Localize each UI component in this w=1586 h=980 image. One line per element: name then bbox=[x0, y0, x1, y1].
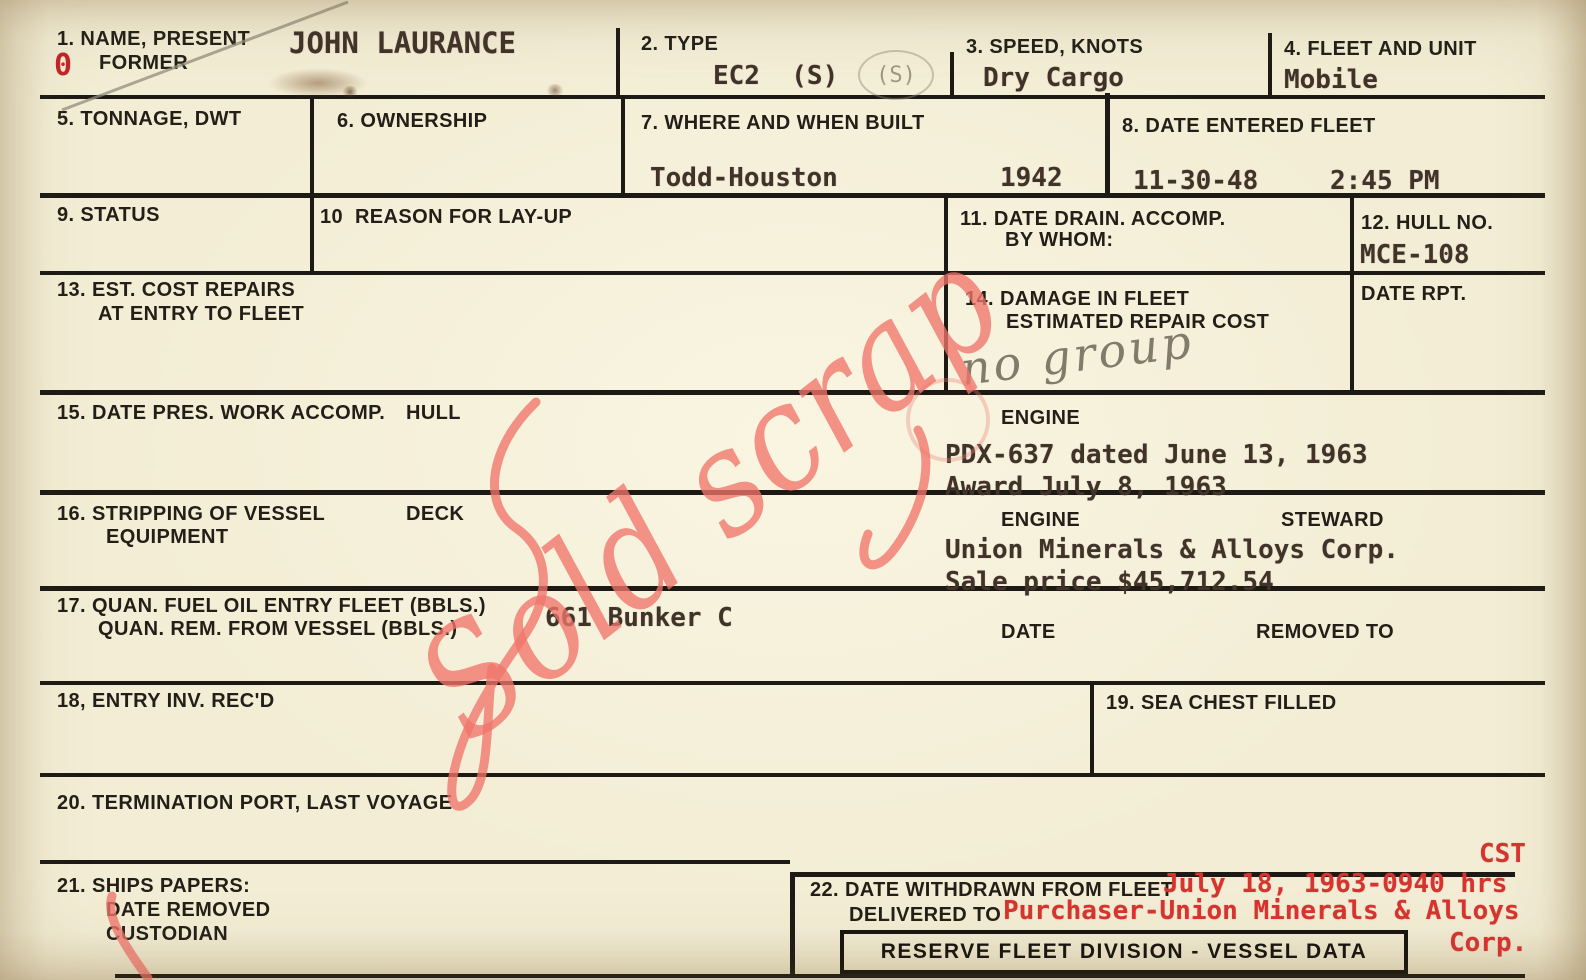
field-17-value: 661 Bunker C bbox=[545, 603, 733, 633]
grid-vline-f10-f11 bbox=[944, 193, 948, 390]
field-1-label: 1. NAME, PRESENT bbox=[57, 28, 250, 51]
field-19-label: 19. SEA CHEST FILLED bbox=[1106, 692, 1337, 715]
field-20-label: 20. TERMINATION PORT, LAST VOYAGE bbox=[57, 792, 452, 815]
field-4-label: 4. FLEET AND UNIT bbox=[1284, 38, 1477, 61]
date-rpt-label: DATE RPT. bbox=[1361, 283, 1466, 306]
field-8-label: 8. DATE ENTERED FLEET bbox=[1122, 115, 1376, 138]
field-17-label2: QUAN. REM. FROM VESSEL (BBLS.) bbox=[98, 618, 457, 641]
reserve-fleet-division-banner: RESERVE FLEET DIVISION - VESSEL DATA bbox=[840, 930, 1408, 974]
grid-vline-f7-f8 bbox=[1105, 93, 1110, 193]
grid-hline-row3 bbox=[40, 271, 1545, 275]
field-21-label3: CUSTODIAN bbox=[106, 923, 228, 946]
grid-hline-bottom bbox=[115, 974, 1525, 978]
field-22-label2: DELIVERED TO bbox=[849, 904, 1001, 927]
grid-vline-f3-f4 bbox=[1268, 33, 1272, 95]
grid-hline-row2 bbox=[40, 193, 1545, 198]
grid-vline-f11-f12 bbox=[1350, 193, 1354, 390]
grid-vline-f21-f22 bbox=[790, 872, 795, 978]
field-17-label: 17. QUAN. FUEL OIL ENTRY FLEET (BBLS.) bbox=[57, 595, 486, 618]
field-4-value: Mobile bbox=[1284, 65, 1378, 95]
field-1-value: JOHN LAURANCE bbox=[289, 26, 516, 60]
field-21-label: 21. SHIPS PAPERS: bbox=[57, 875, 250, 898]
field-16-label: 16. STRIPPING OF VESSEL bbox=[57, 503, 325, 526]
grid-hline-row4 bbox=[40, 390, 1545, 395]
grid-hline-row1 bbox=[40, 95, 1545, 99]
field-10-label: 10 REASON FOR LAY-UP bbox=[320, 206, 572, 229]
field-3-label: 3. SPEED, KNOTS bbox=[966, 36, 1143, 59]
field-6-label: 6. OWNERSHIP bbox=[337, 110, 487, 133]
field-7-value-year: 1942 bbox=[1000, 163, 1063, 193]
field-7-value-place: Todd-Houston bbox=[650, 163, 838, 193]
field-13-label: 13. EST. COST REPAIRS bbox=[57, 279, 295, 302]
field-15-sub-engine: ENGINE bbox=[1001, 407, 1080, 430]
field-16-sub-steward: STEWARD bbox=[1281, 509, 1384, 532]
paper-stain bbox=[268, 68, 368, 98]
grid-vline-f1-f2 bbox=[616, 28, 620, 95]
field-16-sub-engine: ENGINE bbox=[1001, 509, 1080, 532]
field-15-label: 15. DATE PRES. WORK ACCOMP. bbox=[57, 402, 385, 425]
field-12-value: MCE-108 bbox=[1360, 240, 1470, 270]
field-8-value-time: 2:45 PM bbox=[1330, 166, 1440, 196]
field-17-sub-date: DATE bbox=[1001, 621, 1056, 644]
grid-hline-row6 bbox=[40, 586, 1545, 591]
field-1-label-former: FORMER bbox=[99, 52, 188, 75]
field-22-stamp-delivered2: Corp. bbox=[1449, 928, 1527, 958]
field-14-label: 14. DAMAGE IN FLEET bbox=[965, 288, 1189, 311]
grid-vline-f6-f7 bbox=[621, 95, 625, 193]
field-8-value-date: 11-30-48 bbox=[1133, 166, 1258, 196]
field-21-label2: DATE REMOVED bbox=[106, 899, 270, 922]
field-16-line1: Union Minerals & Alloys Corp. bbox=[945, 535, 1399, 565]
field-17-sub-removed: REMOVED TO bbox=[1256, 621, 1394, 644]
red-zero-annotation: 0 bbox=[54, 48, 72, 83]
field-18-label: 18, ENTRY INV. REC'D bbox=[57, 690, 275, 713]
field-13-label2: AT ENTRY TO FLEET bbox=[98, 303, 304, 326]
grid-hline-row7 bbox=[40, 681, 1545, 685]
field-22-stamp-date: July 18, 1963-0940 hrs bbox=[1163, 869, 1507, 899]
field-11-label: 11. DATE DRAIN. ACCOMP. bbox=[960, 208, 1226, 231]
cst-stamp: CST bbox=[1479, 839, 1526, 869]
field-9-label: 9. STATUS bbox=[57, 204, 160, 227]
field-16-sub-deck: DECK bbox=[406, 503, 464, 526]
grid-vline-f18-f19 bbox=[1090, 681, 1094, 773]
grid-vline-f2-f3 bbox=[950, 52, 954, 95]
field-2-value: EC2 (S) bbox=[713, 61, 838, 91]
vessel-data-card: 1. NAME, PRESENT FORMER JOHN LAURANCE 0 … bbox=[0, 0, 1586, 980]
grid-vline-f5-f6-f9-f10 bbox=[310, 95, 314, 271]
field-12-label: 12. HULL NO. bbox=[1361, 212, 1493, 235]
field-15-line1: PDX-637 dated June 13, 1963 bbox=[945, 440, 1368, 470]
field-3-value: Dry Cargo bbox=[983, 63, 1124, 93]
field-22-stamp-delivered1: Purchaser-Union Minerals & Alloys bbox=[1003, 896, 1520, 926]
field-16-line2: Sale price $45,712.54 bbox=[945, 567, 1274, 597]
pencil-circled-s-annotation: (S) bbox=[858, 50, 934, 100]
field-2-label: 2. TYPE bbox=[641, 33, 718, 56]
grid-hline-row9-left bbox=[40, 860, 790, 864]
field-5-label: 5. TONNAGE, DWT bbox=[57, 108, 242, 131]
grid-hline-row8 bbox=[40, 773, 1545, 777]
field-11-label-bywhom: BY WHOM: bbox=[1005, 229, 1113, 252]
field-16-label2: EQUIPMENT bbox=[106, 526, 229, 549]
field-15-sub-hull: HULL bbox=[406, 402, 461, 425]
field-15-line2: Award July 8, 1963 bbox=[945, 472, 1227, 502]
grid-hline-row5 bbox=[40, 490, 1545, 495]
field-7-label: 7. WHERE AND WHEN BUILT bbox=[641, 112, 925, 135]
